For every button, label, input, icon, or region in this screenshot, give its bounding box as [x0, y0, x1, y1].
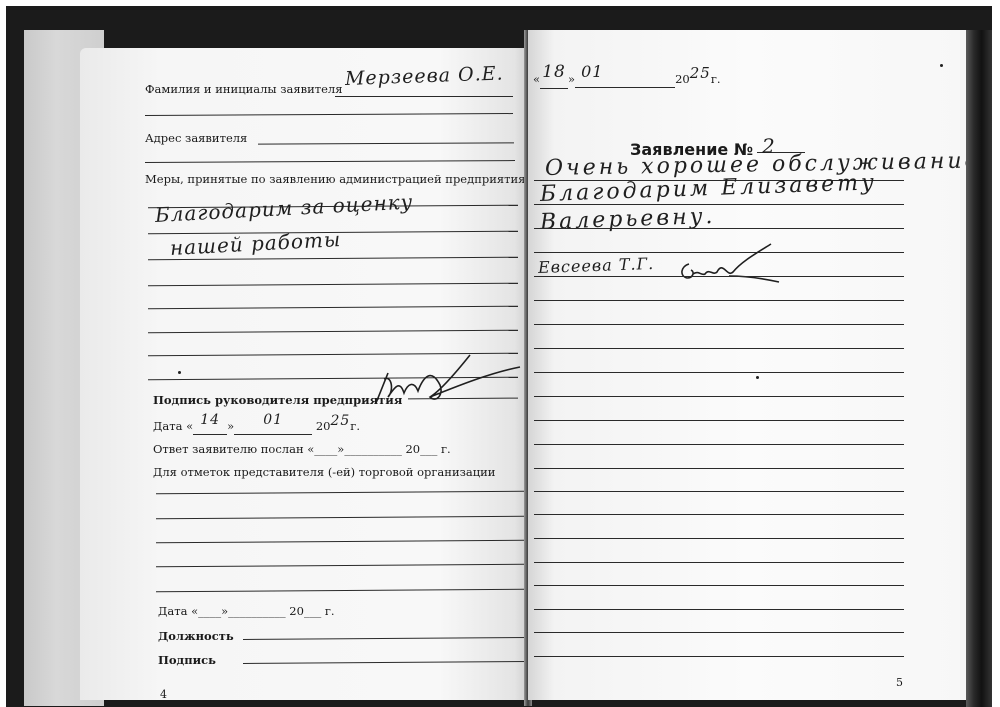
header-date-day: 18	[542, 62, 566, 82]
scan-speck	[756, 376, 759, 379]
ruled-line	[534, 420, 904, 421]
ruled-line	[534, 562, 904, 563]
date-year-unit: г.	[350, 419, 360, 433]
book-cover-right	[966, 30, 992, 707]
reply-sent-label: Ответ заявителю послан «____»__________ …	[153, 442, 451, 456]
scan-speck	[178, 371, 181, 374]
header-date: «18»012025г.	[533, 68, 721, 89]
ruled-line	[534, 514, 904, 515]
date-month: 01	[263, 412, 283, 428]
close-quote: »	[568, 72, 575, 86]
ruled-line	[534, 396, 904, 397]
date-prefix: Дата «	[153, 419, 193, 433]
ruled-line	[534, 468, 904, 469]
date-label: Дата «14»01 2025г.	[153, 418, 360, 435]
ruled-line	[534, 372, 904, 373]
ruled-line	[534, 276, 904, 277]
ruled-line	[534, 656, 904, 657]
right-page	[528, 30, 966, 700]
rep-date-label: Дата «____»__________ 20___ г.	[158, 604, 335, 618]
date-day: 14	[200, 412, 220, 428]
handwritten-line-4: Евсеева Т.Г.	[538, 254, 655, 277]
trade-rep-label: Для отметок представителя (-ей) торговой…	[153, 465, 495, 479]
ruled-line	[534, 228, 904, 229]
date-year-suffix: 25	[330, 413, 350, 429]
applicant-signature	[675, 240, 785, 285]
applicant-name-line	[335, 96, 513, 97]
manager-signature	[370, 345, 530, 410]
ruled-line	[534, 300, 904, 301]
position-label: Должность	[158, 629, 234, 643]
header-date-year-unit: г.	[711, 72, 721, 86]
header-date-month: 01	[581, 62, 603, 81]
ruled-line	[534, 204, 904, 205]
ruled-line	[534, 491, 904, 492]
ruled-line	[534, 538, 904, 539]
ruled-line	[534, 609, 904, 610]
date-year-prefix: 20	[316, 419, 331, 433]
open-quote: «	[533, 72, 540, 86]
header-date-year-suffix: 25	[690, 64, 711, 82]
signature-label: Подпись	[158, 653, 216, 667]
scan-speck	[940, 64, 943, 67]
ruled-line	[534, 585, 904, 586]
page-number-left: 4	[160, 688, 167, 701]
ruled-line	[534, 348, 904, 349]
applicant-name-label: Фамилия и инициалы заявителя	[145, 82, 343, 96]
measures-label: Меры, принятые по заявлению администраци…	[145, 172, 529, 186]
ruled-line	[534, 324, 904, 325]
page-number-right: 5	[896, 676, 903, 689]
manager-signature-label: Подпись руководителя предприятия	[153, 393, 402, 407]
applicant-address-label: Адрес заявителя	[145, 131, 247, 145]
header-date-year-prefix: 20	[675, 72, 690, 86]
ruled-line	[534, 632, 904, 633]
ruled-line	[534, 444, 904, 445]
